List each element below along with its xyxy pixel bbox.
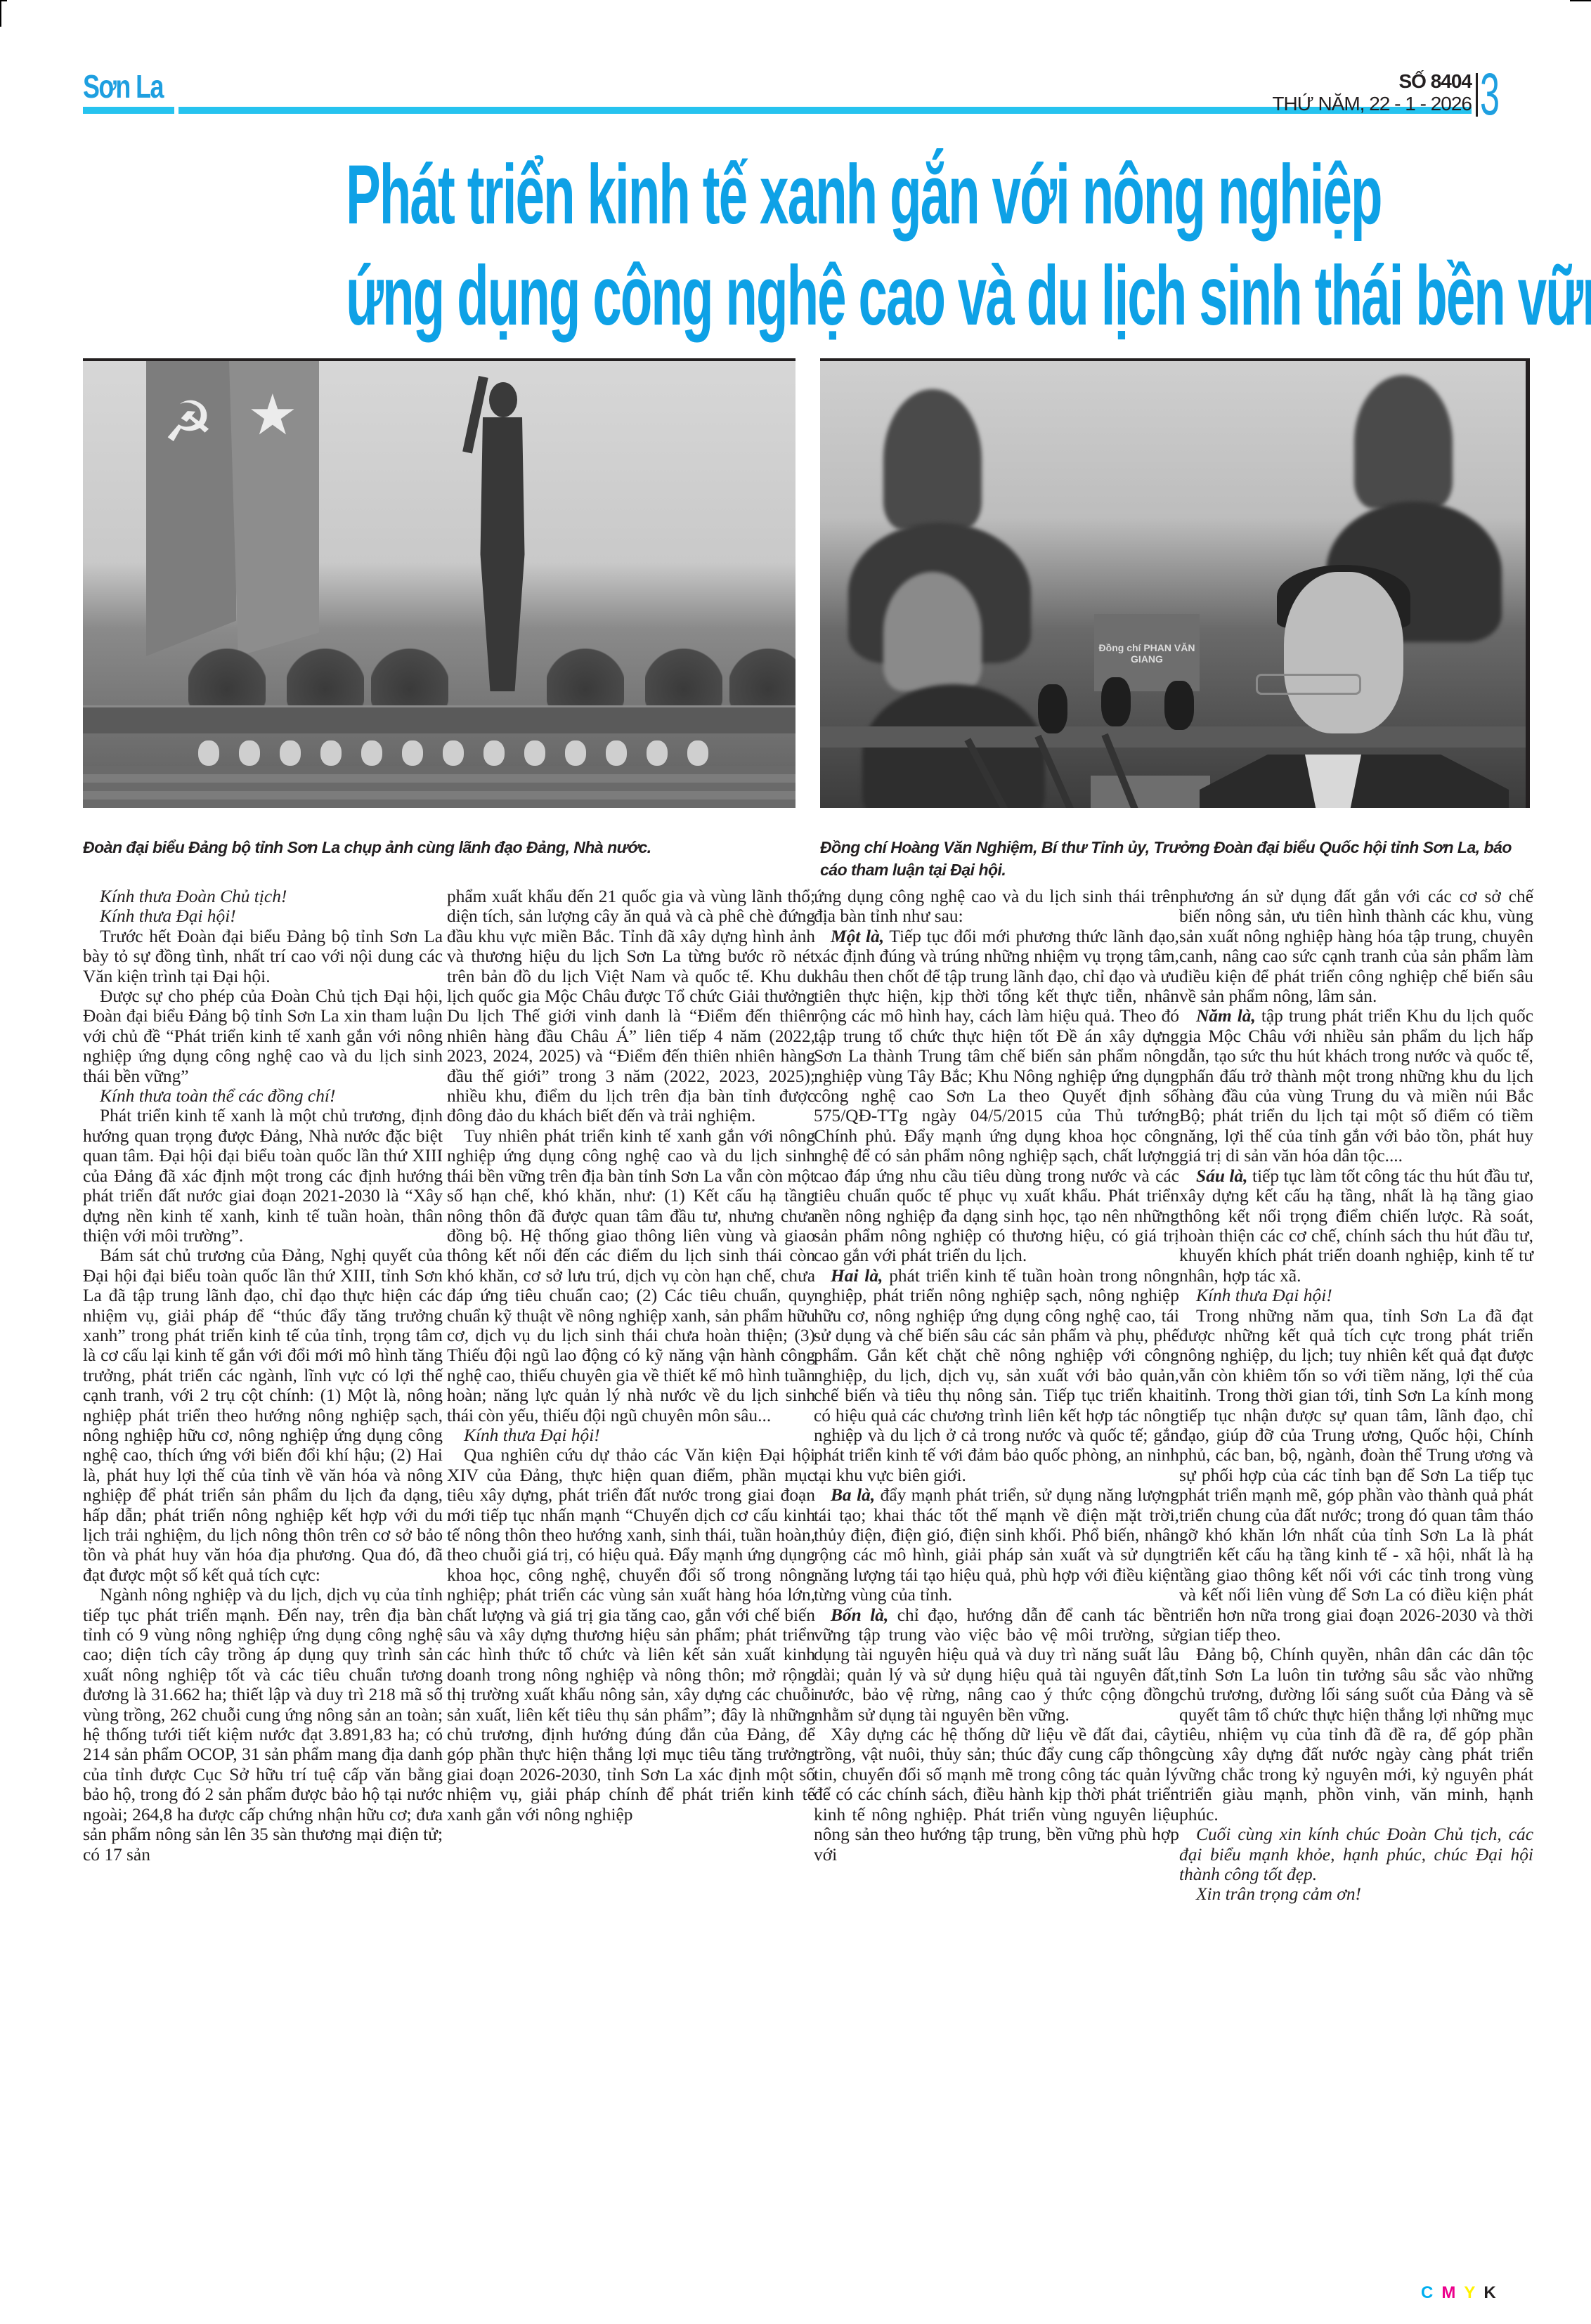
plant xyxy=(729,635,795,712)
cmyk-print-mark: CMYK xyxy=(1421,2283,1505,2303)
star-icon: ★ xyxy=(247,382,298,448)
party-flag: ☭ xyxy=(146,361,236,656)
crop-mark xyxy=(1570,0,1591,1)
paragraph: Được sự cho phép của Đoàn Chủ tịch Đại h… xyxy=(83,986,443,1086)
cmyk-magenta: M xyxy=(1441,2283,1464,2302)
section-name: Sơn La xyxy=(83,69,163,104)
plant xyxy=(547,635,624,712)
background-person xyxy=(1354,375,1453,509)
header-rule xyxy=(83,107,174,114)
salutation: Kính thưa Đoàn Chủ tịch! xyxy=(83,887,443,906)
salutation: Kính thưa Đại hội! xyxy=(447,1425,815,1445)
point-lead: Ba là, xyxy=(831,1485,875,1505)
stage-steps xyxy=(83,766,795,808)
paragraph: Phát triển kinh tế xanh là một chủ trươn… xyxy=(83,1106,443,1246)
point-lead: Hai là, xyxy=(831,1266,883,1286)
crop-mark xyxy=(0,0,1,27)
paragraph: Đảng bộ, Chính quyền, nhân dân các dân t… xyxy=(1179,1645,1533,1824)
nameplate-middle: Đồng chí LƯƠNG CƯỜNG xyxy=(1091,776,1210,808)
article-column-1: Kính thưa Đoàn Chủ tịch! Kính thưa Đại h… xyxy=(83,887,443,1865)
stage xyxy=(83,705,795,733)
page-number-divider xyxy=(1476,73,1478,117)
photo-delegation-group: ☭ ★ xyxy=(83,358,795,808)
paragraph: phẩm xuất khẩu đến 21 quốc gia và vùng l… xyxy=(447,887,815,1126)
paragraph: Hai là, phát triển kinh tế tuần hoàn tro… xyxy=(814,1266,1179,1485)
microphone-icon xyxy=(1038,684,1067,733)
salutation: Kính thưa toàn thể các đồng chí! xyxy=(83,1086,443,1106)
closing-wish: Cuối cùng xin kính chúc Đoàn Chủ tịch, c… xyxy=(1179,1824,1533,1884)
photo-caption-right: Đồng chí Hoàng Văn Nghiệm, Bí thư Tỉnh ủ… xyxy=(820,836,1530,881)
point-text: phát triển kinh tế tuần hoàn trong nông … xyxy=(814,1266,1179,1485)
paragraph: Xây dựng các hệ thống dữ liệu về đất đai… xyxy=(814,1725,1179,1865)
seated-leader xyxy=(883,572,982,691)
background-person xyxy=(883,389,982,530)
closing-thanks: Xin trân trọng cảm ơn! xyxy=(1179,1884,1533,1904)
paragraph: Năm là, tập trung phát triển Khu du lịch… xyxy=(1179,1006,1533,1166)
point-lead: Sáu là, xyxy=(1196,1166,1248,1186)
headline: Phát triển kinh tế xanh gắn với nông ngh… xyxy=(70,149,1521,341)
national-flag: ★ xyxy=(229,361,319,656)
salutation: Kính thưa Đại hội! xyxy=(1179,1286,1533,1305)
cmyk-black: K xyxy=(1483,2283,1504,2302)
plant xyxy=(371,635,448,712)
plant xyxy=(188,635,266,712)
plant xyxy=(645,635,722,712)
page-number: 3 xyxy=(1480,65,1500,124)
article-column-3: ứng dụng công nghệ cao và du lịch sinh t… xyxy=(814,887,1179,1865)
salutation: Kính thưa Đại hội! xyxy=(83,906,443,926)
point-text: tập trung phát triển Khu du lịch quốc gi… xyxy=(1179,1006,1533,1166)
headline-line-1: Phát triển kinh tế xanh gắn với nông ngh… xyxy=(346,149,1245,240)
statue xyxy=(462,375,540,691)
microphone-icon xyxy=(1101,677,1131,726)
paragraph: Một là, Tiếp tục đổi mới phương thức lãn… xyxy=(814,927,1179,1266)
paragraph: Trong những năm qua, tỉnh Sơn La đã đạt … xyxy=(1179,1306,1533,1645)
paragraph: Qua nghiên cứu dự thảo các Văn kiện Đại … xyxy=(447,1445,815,1824)
photo-speaker: Đồng chí PHAN VĂN GIANG Đồng chí LƯƠNG C… xyxy=(820,358,1530,808)
speaker-face xyxy=(1284,572,1403,733)
hammer-sickle-icon: ☭ xyxy=(163,389,214,455)
point-text: Tiếp tục đổi mới phương thức lãnh đạo, x… xyxy=(814,927,1179,1266)
issue-number: SỐ 8404 xyxy=(1272,70,1472,93)
paragraph: Trước hết Đoàn đại biểu Đảng bộ tỉnh Sơn… xyxy=(83,927,443,986)
crop-mark xyxy=(0,0,7,1)
headline-line-2: ứng dụng công nghệ cao và du lịch sinh t… xyxy=(346,250,1245,341)
cmyk-yellow: Y xyxy=(1464,2283,1483,2302)
paragraph: ứng dụng công nghệ cao và du lịch sinh t… xyxy=(814,887,1179,927)
desk xyxy=(820,726,1526,748)
paragraph: Tuy nhiên phát triển kinh tế xanh gắn vớ… xyxy=(447,1126,815,1425)
plant xyxy=(287,635,364,712)
article-column-2: phẩm xuất khẩu đến 21 quốc gia và vùng l… xyxy=(447,887,815,1824)
article-column-4: phương án sử dụng đất gắn với các cơ sở … xyxy=(1179,887,1533,1905)
issue-info: SỐ 8404 THỨ NĂM, 22 - 1 - 2026 xyxy=(1272,70,1472,115)
issue-date: THỨ NĂM, 22 - 1 - 2026 xyxy=(1272,93,1472,115)
microphone-icon xyxy=(1164,681,1194,730)
cmyk-cyan: C xyxy=(1421,2283,1441,2302)
point-lead: Bốn là, xyxy=(831,1605,888,1625)
paragraph: Bám sát chủ trương của Đảng, Nghị quyết … xyxy=(83,1246,443,1585)
glasses-icon xyxy=(1256,674,1361,695)
point-lead: Năm là, xyxy=(1196,1006,1256,1026)
paragraph: Bốn là, chỉ đạo, hướng dẫn để canh tác b… xyxy=(814,1605,1179,1725)
paragraph: Ngành nông nghiệp và du lịch, dịch vụ củ… xyxy=(83,1585,443,1865)
paragraph: phương án sử dụng đất gắn với các cơ sở … xyxy=(1179,887,1533,1006)
paragraph: Ba là, đẩy mạnh phát triển, sử dụng năng… xyxy=(814,1485,1179,1605)
paragraph: Sáu là, tiếp tục làm tốt công tác thu hú… xyxy=(1179,1166,1533,1286)
photo-caption-left: Đoàn đại biểu Đảng bộ tỉnh Sơn La chụp ả… xyxy=(83,836,795,859)
point-lead: Một là, xyxy=(831,927,884,946)
